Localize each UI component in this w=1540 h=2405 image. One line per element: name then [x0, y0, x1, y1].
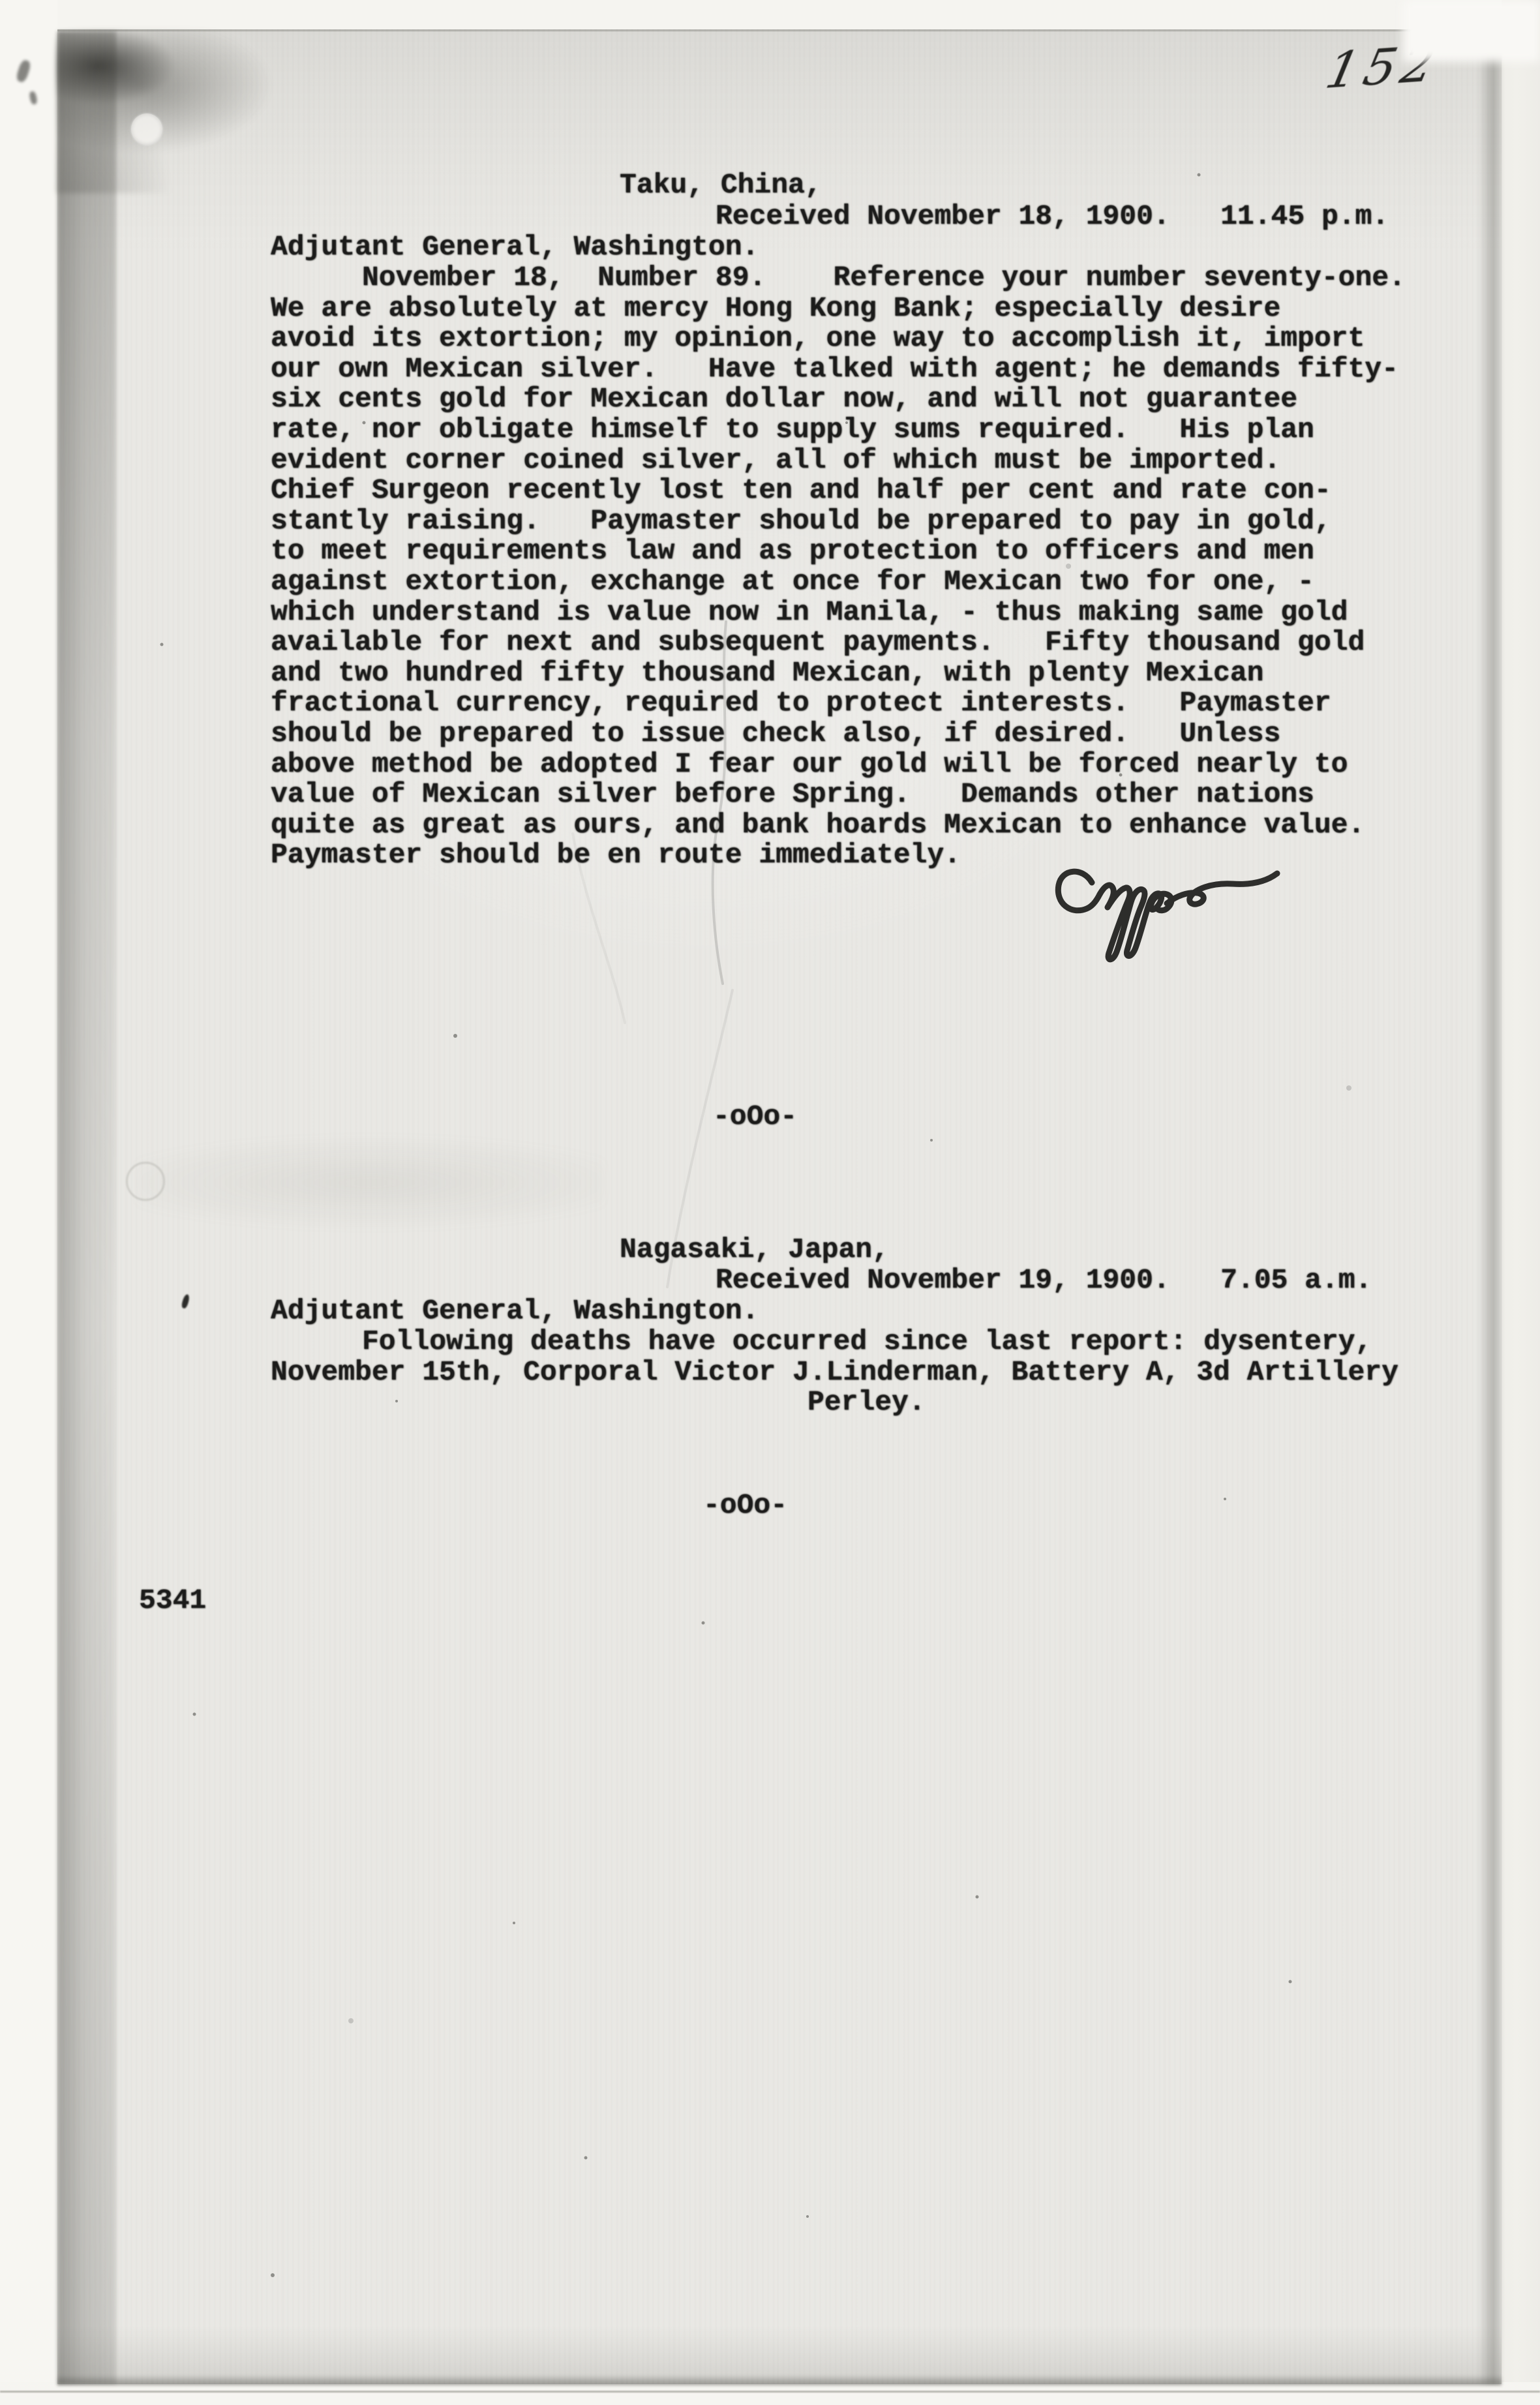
- telegram2-received-stamp: Received November 19, 1900. 7.05 a.m.: [716, 1265, 1372, 1296]
- document-page: 152 Taku, China, Received November 18, 1…: [57, 29, 1502, 2384]
- telegram2-signature: Perley.: [808, 1387, 926, 1418]
- telegram1-received-stamp: Received November 18, 1900. 11.45 p.m.: [716, 202, 1389, 232]
- telegram2-addressee: Adjutant General, Washington.: [271, 1296, 759, 1327]
- telegram2-location: Nagasaki, Japan,: [620, 1235, 889, 1265]
- signature-chaffee: Chaffee: [1037, 850, 1324, 974]
- scan-bottom-line: [0, 2391, 1540, 2393]
- scanner-margin-left: [0, 0, 57, 2405]
- section-separator: -oOo-: [703, 1490, 787, 1521]
- punch-hole: [131, 113, 162, 145]
- ink-mark: [181, 1293, 190, 1309]
- telegram1-body: November 18, Number 89. Reference your n…: [271, 263, 1406, 871]
- scanner-margin-right: [1502, 0, 1540, 2405]
- page-edge-shadow: [57, 31, 116, 2384]
- scanner-margin-bottom: [0, 2382, 1540, 2405]
- ink-ghosting: [136, 1134, 605, 1232]
- telegram2-body: Following deaths have occurred since las…: [271, 1327, 1398, 1387]
- section-separator: -oOo-: [713, 1102, 797, 1132]
- scanned-document: 152 Taku, China, Received November 18, 1…: [0, 0, 1540, 2405]
- scan-highlight: [1402, 0, 1540, 62]
- telegram1-location: Taku, China,: [620, 170, 822, 201]
- telegram1-addressee: Adjutant General, Washington.: [271, 232, 759, 263]
- file-number: 5341: [139, 1586, 206, 1616]
